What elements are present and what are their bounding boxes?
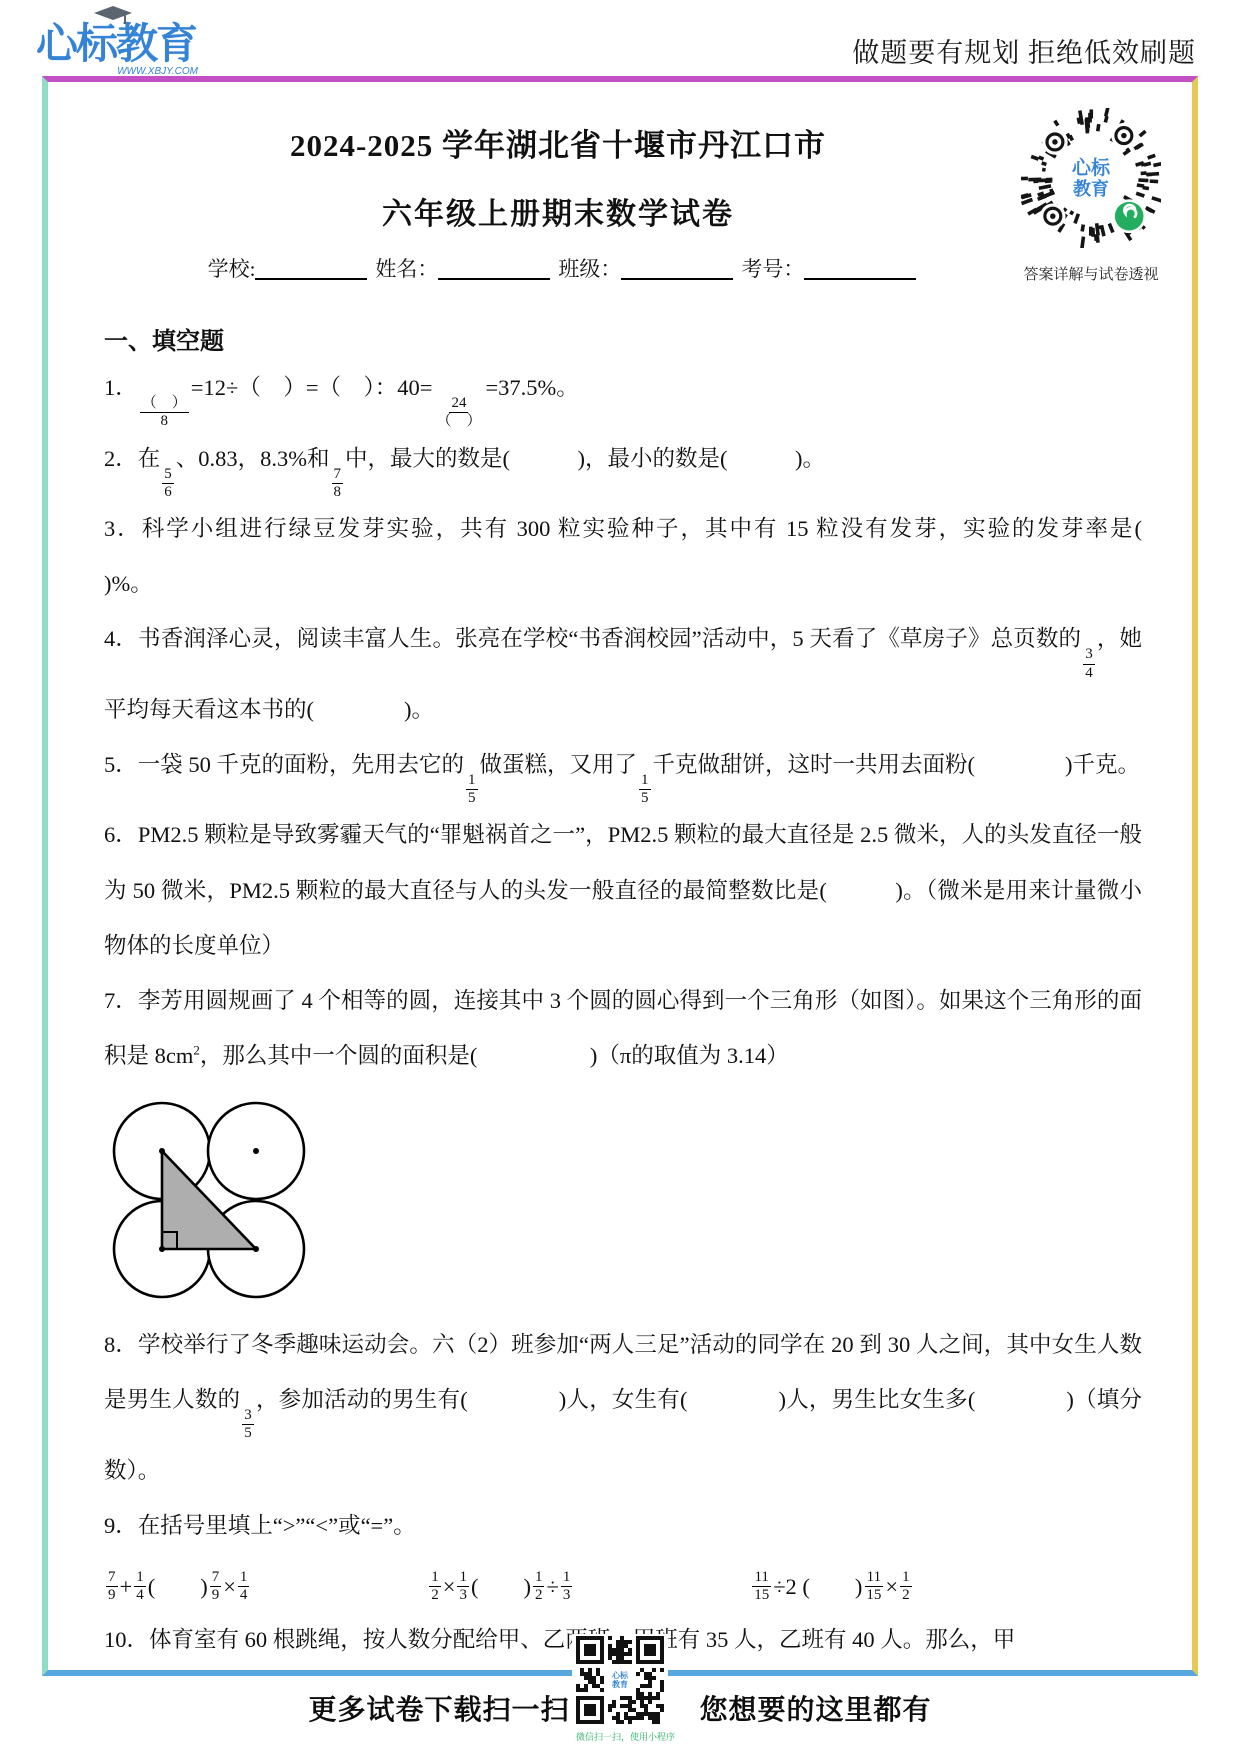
student-info-label: 姓名： [375,257,438,281]
question-9: 9．在括号里填上“>”“<”或“=”。 [104,1498,1142,1553]
footer-qr-block: 心标教育 微信扫一扫，使用小程序 [572,1634,668,1745]
student-info-label: 考号： [741,257,804,281]
fraction: 13 [561,1569,573,1605]
question-4: 4．书香润泽心灵，阅读丰富人生。张亮在学校“书香润校园”活动中，5 天看了《草房… [104,611,1142,737]
fraction: 79 [210,1569,222,1605]
fraction: （ ）8 [140,395,189,431]
question-list: 1．（ ）8=12÷（ ）=（ ）：40=24（ ）=37.5%。2．在56、0… [104,360,1142,1668]
fraction: 1115 [864,1569,883,1605]
fraction: 35 [242,1407,254,1443]
student-info-label: 班级： [558,257,621,281]
fraction: 56 [162,466,174,502]
q9-compare-row: 79+14( )79×1412×13 ( )12÷131115÷2 ( )111… [104,1569,914,1605]
answer-qr-code: 心标教育 [1021,108,1161,248]
graduation-cap-icon [94,6,132,24]
student-info-blank [255,256,367,280]
section-title-fill-blanks: 一、填空题 [104,321,1142,356]
fraction: 15 [639,772,651,808]
svg-text:教育: 教育 [1072,178,1109,199]
question-2: 2．在56、0.83，8.3%和78中，最大的数是( )，最小的数是( )。 [104,431,1142,502]
student-info-label: 学校: [208,257,256,281]
paper-title-line1: 2024-2025 学年湖北省十堰市丹江口市 [104,120,1012,165]
fraction: 78 [332,466,344,502]
fraction: 24（ ） [434,395,483,431]
paper-head: 2024-2025 学年湖北省十堰市丹江口市 六年级上册期末数学试卷 学校:姓名… [104,120,1142,283]
fraction: 13 [457,1569,469,1605]
compare-item: 79+14( )79×14 [104,1569,251,1605]
question-7: 7．李芳用圆规画了 4 个相等的圆，连接其中 3 个圆的圆心得到一个三角形（如图… [104,973,1142,1083]
compare-item: 1115÷2 ( )1115×12 [750,1569,913,1605]
footer-qr-code: 心标教育 [576,1636,664,1724]
student-info-blank [438,256,550,280]
compare-item: 12×13 ( )12÷13 [427,1569,574,1605]
question-8: 8．学校举行了冬季趣味运动会。六（2）班参加“两人三足”活动的同学在 20 到 … [104,1317,1142,1498]
fraction: 12 [429,1569,441,1605]
brand-logo: 心标教育 WWW.XBJY.COM [36,14,196,74]
paper-title-line2: 六年级上册期末数学试卷 [104,189,1012,233]
student-info-line: 学校:姓名：班级：考号： [104,253,1012,283]
fraction: 12 [533,1569,545,1605]
footer-qr-caption: 微信扫一扫，使用小程序 [576,1730,664,1743]
paper-content: 心标教育 答案详解与试卷透视 2024-2025 学年湖北省十堰市丹江口市 六年… [48,82,1192,1670]
answer-qr-block: 心标教育 答案详解与试卷透视 [1006,108,1176,284]
question-1: 1．（ ）8=12÷（ ）=（ ）：40=24（ ）=37.5%。 [104,360,1142,431]
fraction: 14 [134,1569,146,1605]
site-header: 心标教育 WWW.XBJY.COM 做题要有规划 拒绝低效刷题 [36,10,1196,74]
student-info-blank [621,256,733,280]
q7-circles-triangle-figure [110,1099,1142,1309]
fraction: 14 [238,1569,250,1605]
question-5: 5．一袋 50 千克的面粉，先用去它的15做蛋糕，又用了15千克做甜饼，这时一共… [104,737,1142,808]
svg-text:心标: 心标 [611,1670,629,1680]
page-border-frame: 心标教育 答案详解与试卷透视 2024-2025 学年湖北省十堰市丹江口市 六年… [42,76,1198,1676]
brand-logo-text: 心标教育 [36,20,196,67]
four-circles-triangle-diagram [110,1099,310,1309]
footer-left-text: 更多试卷下载扫一扫 [308,1688,569,1728]
fraction: 34 [1083,646,1095,682]
fraction: 79 [106,1569,118,1605]
fraction: 15 [466,772,478,808]
fraction: 12 [900,1569,912,1605]
svg-text:心标: 心标 [1072,156,1111,179]
svg-text:教育: 教育 [611,1679,628,1689]
answer-qr-caption: 答案详解与试卷透视 [1006,263,1176,284]
page-footer: 更多试卷下载扫一扫 您想要的这里都有 心标教育 微信扫一扫，使用小程序 [0,1676,1240,1754]
footer-right-text: 您想要的这里都有 [700,1688,932,1728]
header-tagline: 做题要有规划 拒绝低效刷题 [852,31,1196,74]
fraction: 1115 [752,1569,771,1605]
question-6: 6．PM2.5 颗粒是导致雾霾天气的“罪魁祸首之一”，PM2.5 颗粒的最大直径… [104,807,1142,972]
student-info-blank [804,256,916,280]
question-3: 3．科学小组进行绿豆发芽实验，共有 300 粒实验种子，其中有 15 粒没有发芽… [104,501,1142,611]
